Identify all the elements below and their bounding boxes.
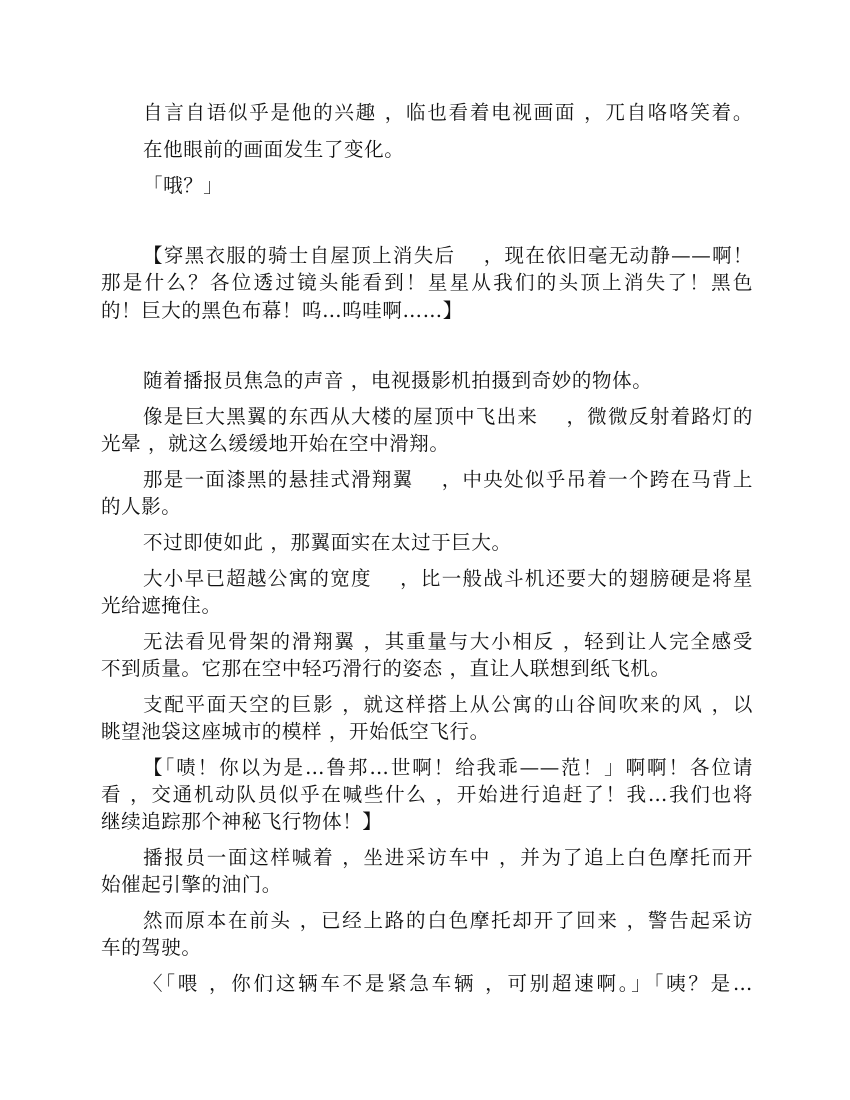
- text-line: 的人影。: [101, 496, 753, 518]
- text-line: 【「啧！你以为是…鲁邦…世啊！给我乖——范！」啊啊！各位请: [143, 757, 753, 779]
- text-line: 不过即使如此 ，那翼面实在太过于巨大。: [143, 532, 753, 554]
- text-line: 车的驾驶。: [101, 937, 753, 959]
- text-line: 「哦？」: [143, 175, 753, 197]
- text-line: 随着播报员焦急的声音 ，电视摄影机拍摄到奇妙的物体。: [143, 370, 753, 392]
- text-line: 始催起引擎的油门。: [101, 874, 753, 896]
- text-line: 播报员一面这样喊着 ，坐进采访车中 ，并为了追上白色摩托而开: [143, 847, 753, 869]
- text-line: 【穿黑衣服的骑士自屋顶上消失后 ，现在依旧毫无动静——啊！: [143, 245, 753, 267]
- text-line: 然而原本在前头 ，已经上路的白色摩托却开了回来 ，警告起采访: [143, 910, 753, 932]
- text-line: 〈「喂 ，你们这辆车不是紧急车辆 ，可别超速啊。」「咦？是…: [143, 973, 753, 995]
- text-line: 眺望池袋这座城市的模样 ，开始低空飞行。: [101, 721, 753, 743]
- text-line: 无法看见骨架的滑翔翼 ，其重量与大小相反 ，轻到让人完全感受: [143, 631, 753, 653]
- text-line: 光给遮掩住。: [101, 595, 753, 617]
- text-line: 像是巨大黑翼的东西从大楼的屋顶中飞出来 ，微微反射着路灯的: [143, 406, 753, 428]
- text-line: 的！巨大的黑色布幕！呜…呜哇啊……】: [101, 300, 753, 322]
- text-line: 大小早已超越公寓的宽度 ，比一般战斗机还要大的翅膀硬是将星: [143, 568, 753, 590]
- text-line: 支配平面天空的巨影 ，就这样搭上从公寓的山谷间吹来的风 ，以: [143, 694, 753, 716]
- text-line: 那是什么？各位透过镜头能看到！星星从我们的头顶上消失了！黑色: [101, 272, 753, 294]
- text-line: 继续追踪那个神秘飞行物体！】: [101, 811, 753, 833]
- text-line: 看 ，交通机动队员似乎在喊些什么 ，开始进行追赶了！我…我们也将: [101, 784, 753, 806]
- text-line: 自言自语似乎是他的兴趣 ，临也看着电视画面 ，兀自咯咯笑着。: [143, 102, 753, 124]
- text-line: 光晕 ，就这么缓缓地开始在空中滑翔。: [101, 433, 753, 455]
- text-line: 那是一面漆黑的悬挂式滑翔翼 ，中央处似乎吊着一个跨在马背上: [143, 469, 753, 491]
- text-line: 在他眼前的画面发生了变化。: [143, 139, 753, 161]
- text-line: 不到质量。它那在空中轻巧滑行的姿态 ，直让人联想到纸飞机。: [101, 658, 753, 680]
